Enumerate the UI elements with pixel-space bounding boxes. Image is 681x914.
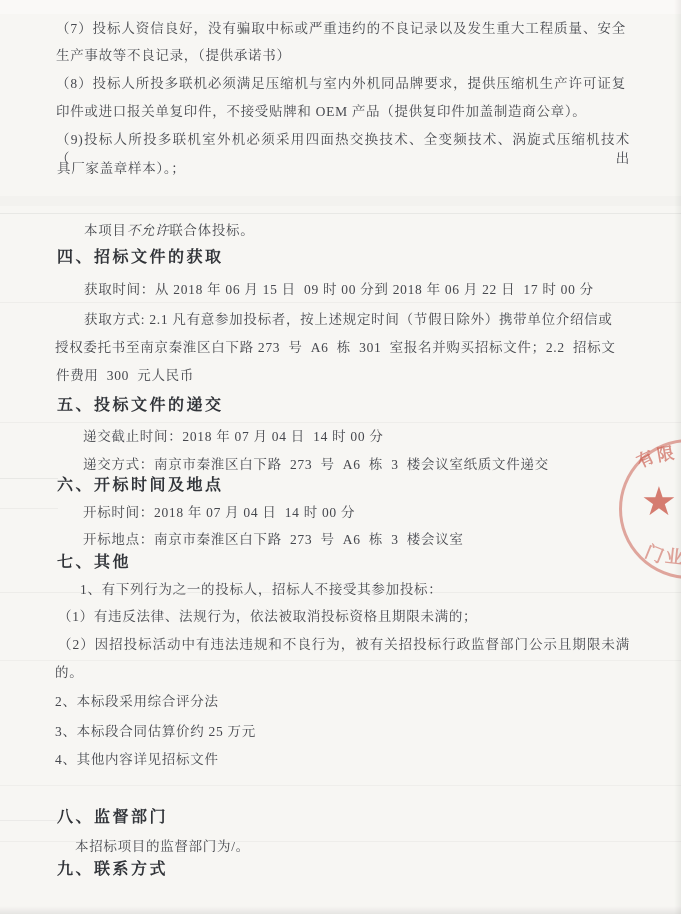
- seal-text-char: 限: [656, 445, 676, 465]
- seal-text-char: 有: [634, 448, 657, 471]
- document-page: （7）投标人资信良好，没有骗取中标或严重违约的不良记录以及发生重大工程质量、安全…: [0, 0, 681, 914]
- scan-artifact: [0, 302, 681, 303]
- heading-section5: 五、投标文件的递交: [57, 395, 224, 417]
- opening-place-line: 开标地点：南京市秦淮区白下路 273 号 A6 栋 3 楼会议室: [83, 530, 464, 549]
- other-item-line: 的。: [55, 663, 83, 682]
- heading-section8: 八、监督部门: [57, 807, 168, 829]
- seal-text-char: 门: [642, 543, 665, 566]
- scan-artifact: [0, 478, 58, 479]
- obtain-method-line: 获取方式: 2.1 凡有意参加投标者，按上述规定时间（节假日除外）携带单位介绍信…: [84, 310, 613, 329]
- scan-band: [0, 0, 681, 14]
- other-item-line: 2、本标段采用综合评分法: [55, 692, 219, 711]
- seal-circle-border: [619, 439, 681, 579]
- submit-method-line: 递交方式：南京市秦淮区白下路 273 号 A6 栋 3 楼会议室纸质文件递交: [83, 455, 549, 474]
- consortium-prefix: 本项目: [84, 223, 127, 238]
- scan-artifact: [0, 422, 681, 423]
- seal-star-icon: ★: [641, 482, 677, 522]
- other-item-line: （1）有违反法律、法规行为，依法被取消投标资格且期限未满的；: [58, 607, 477, 626]
- page-bottom-edge-shadow: [0, 906, 681, 914]
- scan-artifact: [0, 508, 58, 509]
- page-right-edge-shadow: [674, 0, 681, 914]
- paragraph-line: 印件或进口报关单复印件，不接受贴牌和 OEM 产品（提供复印件加盖制造商公章）。: [56, 102, 587, 121]
- consortium-note: 本项目不允许联合体投标。: [84, 221, 254, 240]
- scan-artifact: [0, 660, 681, 661]
- paragraph-line: （7）投标人资信良好，没有骗取中标或严重违约的不良记录以及发生重大工程质量、安全: [56, 19, 626, 38]
- scan-artifact: [0, 785, 681, 786]
- paragraph-line: 生产事故等不良记录，（提供承诺书）: [56, 46, 291, 65]
- other-item-line: 3、本标段合同估算价约 25 万元: [55, 722, 256, 741]
- consortium-emphasis: 不允许: [127, 223, 170, 238]
- supervision-line: 本招标项目的监督部门为/。: [75, 837, 250, 856]
- heading-section7: 七、其他: [57, 552, 131, 574]
- scan-artifact: [0, 820, 60, 821]
- paragraph-line: 具厂家盖章样本）。；: [57, 159, 186, 178]
- scan-band: [0, 196, 681, 206]
- other-intro-line: 1、有下列行为之一的投标人，招标人不接受其参加投标：: [80, 580, 442, 599]
- opening-time-line: 开标时间：2018 年 07 月 04 日 14 时 00 分: [83, 503, 355, 522]
- paragraph-line: （8）投标人所投多联机必须满足压缩机与室内外机同品牌要求，提供压缩机生产许可证复: [56, 74, 626, 93]
- obtain-method-line: 授权委托书至南京秦淮区白下路 273 号 A6 栋 301 室报名并购买招标文件…: [55, 338, 616, 357]
- other-item-line: （2）因招投标活动中有违法违规和不良行为，被有关招投标行政监督部门公示且期限未满: [58, 635, 630, 654]
- heading-section9: 九、联系方式: [57, 859, 168, 881]
- heading-section4: 四、招标文件的获取: [57, 247, 224, 269]
- obtain-method-line: 件费用 300 元人民币: [56, 366, 194, 385]
- obtain-time-line: 获取时间：从 2018 年 06 月 15 日 09 时 00 分到 2018 …: [84, 280, 594, 299]
- consortium-suffix: 联合体投标。: [169, 223, 254, 238]
- heading-section6: 六、开标时间及地点: [57, 475, 224, 497]
- submit-deadline-line: 递交截止时间：2018 年 07 月 04 日 14 时 00 分: [83, 427, 384, 446]
- scan-artifact: [0, 213, 681, 214]
- other-item-line: 4、其他内容详见招标文件: [55, 750, 219, 769]
